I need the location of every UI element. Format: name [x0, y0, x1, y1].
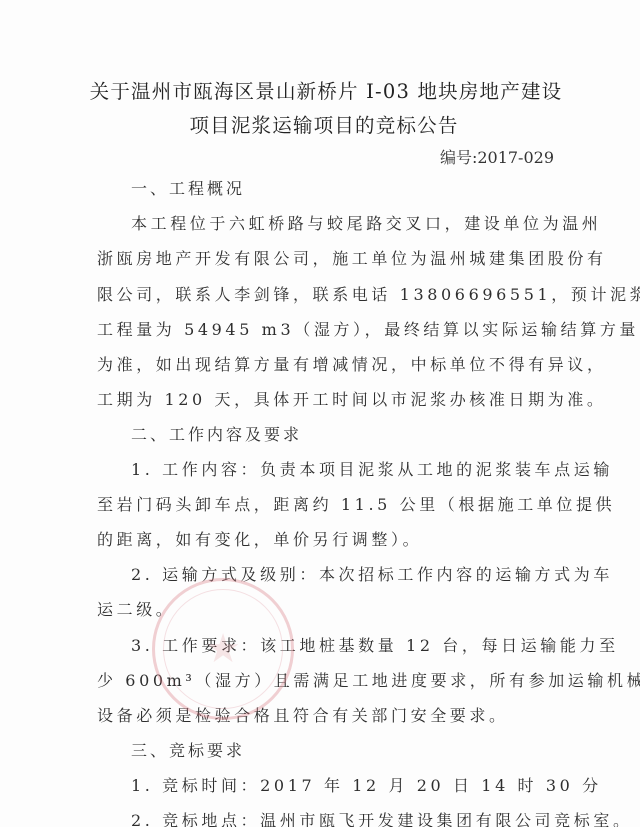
paragraph-line: 3. 工作要求：该工地桩基数量 12 台，每日运输能力至 [131, 636, 591, 656]
paragraph-line: 为准，如出现结算方量有增减情况，中标单位不得有异议， [97, 355, 557, 375]
paragraph-line: 1. 竞标时间：2017 年 12 月 20 日 14 时 30 分 [131, 776, 591, 796]
paragraph-line: 浙瓯房地产开发有限公司，施工单位为温州城建集团股份有 [97, 249, 557, 269]
document-number: 编号:2017-029 [440, 145, 554, 168]
section-2-heading: 二、工作内容及要求 [131, 425, 591, 445]
paragraph-line: 运二级。 [97, 600, 557, 620]
document-title-line-1: 关于温州市瓯海区景山新桥片 I-03 地块房地产建设 [6, 76, 640, 104]
paragraph-line: 的距离，如有变化，单价另行调整）。 [97, 530, 557, 550]
paragraph-line: 少 600m³（湿方）且需满足工地进度要求，所有参加运输机械 [97, 671, 557, 691]
paragraph-line: 1. 工作内容：负责本项目泥浆从工地的泥浆装车点运输 [131, 460, 591, 480]
paragraph-line: 工程量为 54945 m3（湿方），最终结算以实际运输结算方量 [97, 320, 557, 340]
paragraph-line: 设备必须是检验合格且符合有关部门安全要求。 [97, 706, 557, 726]
paragraph-line: 限公司，联系人李剑锋，联系电话 13806696551，预计泥浆 [97, 285, 557, 305]
paragraph-line: 2. 竞标地点：温州市瓯飞开发建设集团有限公司竞标室。 [131, 811, 591, 827]
document-page: 关于温州市瓯海区景山新桥片 I-03 地块房地产建设 项目泥浆运输项目的竞标公告… [0, 0, 640, 827]
paragraph-line: 工期为 120 天，具体开工时间以市泥浆办核准日期为准。 [97, 390, 557, 410]
paragraph-line: 2. 运输方式及级别：本次招标工作内容的运输方式为车 [131, 565, 591, 585]
paragraph-line: 本工程位于六虹桥路与蛟尾路交叉口，建设单位为温州 [131, 214, 591, 234]
section-1-heading: 一、工程概况 [131, 179, 591, 199]
section-3-heading: 三、竞标要求 [131, 741, 591, 761]
paragraph-line: 至岩门码头卸车点，距离约 11.5 公里（根据施工单位提供 [97, 495, 557, 515]
document-title-line-2: 项目泥浆运输项目的竞标公告 [4, 110, 640, 138]
